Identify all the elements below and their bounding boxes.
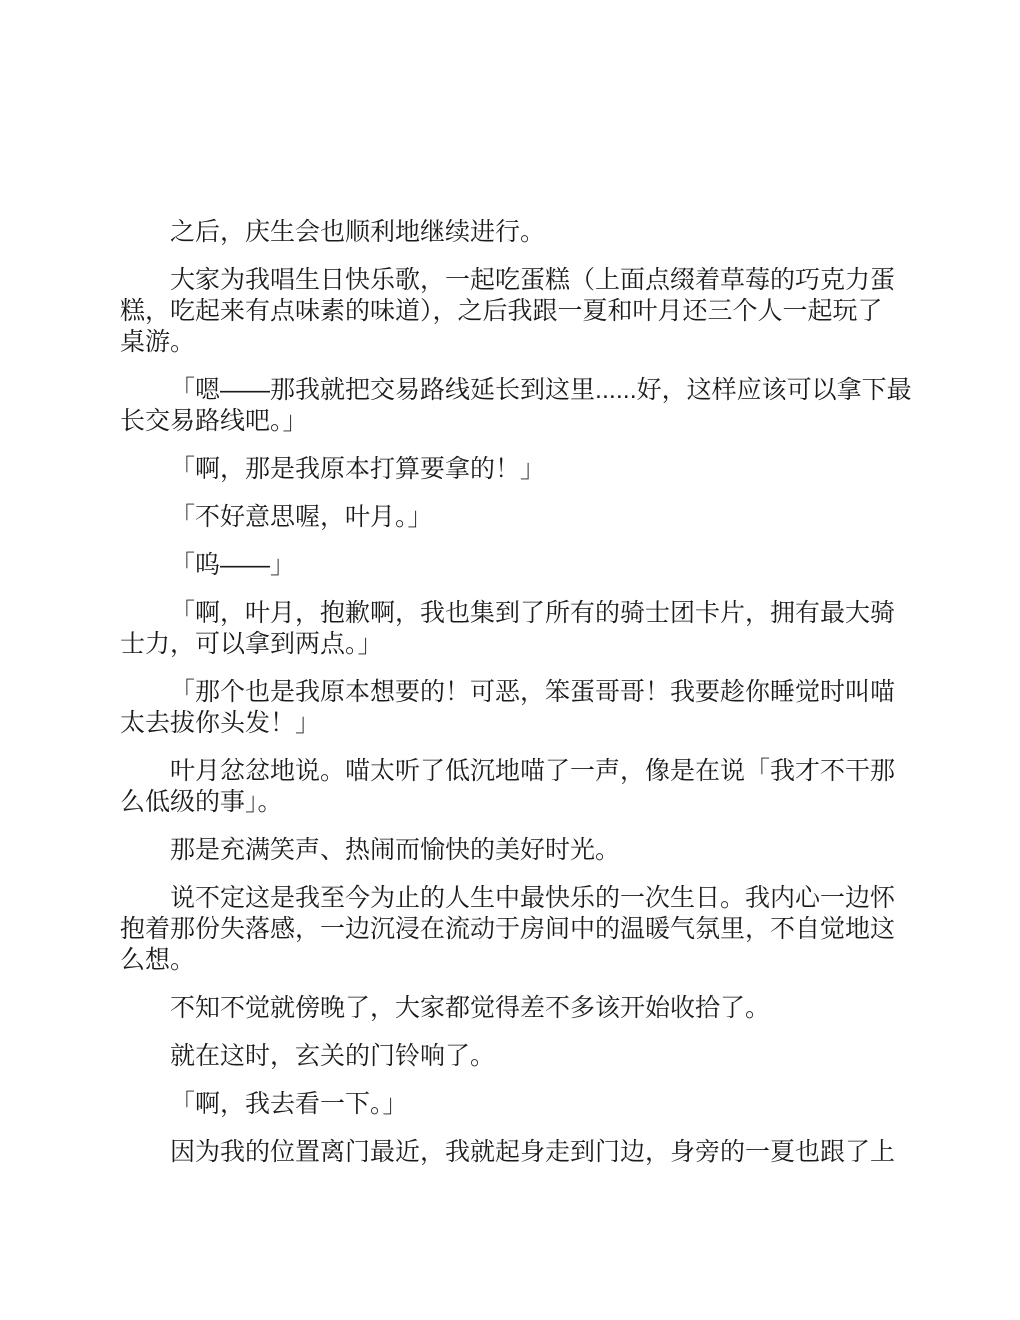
- paragraph: 就在这时，玄关的门铃响了。: [120, 1041, 900, 1072]
- text-line: 不知不觉就傍晚了，大家都觉得差不多该开始收拾了。: [120, 993, 900, 1024]
- paragraph: 「不好意思喔，叶月。」: [120, 502, 900, 533]
- text-block: 之后，庆生会也顺利地继续进行。大家为我唱生日快乐歌，一起吃蛋糕（上面点缀着草莓的…: [0, 0, 1020, 1168]
- paragraph: 「啊，我去看一下。」: [120, 1089, 900, 1120]
- text-line: 就在这时，玄关的门铃响了。: [120, 1041, 900, 1072]
- text-line: 说不定这是我至今为止的人生中最快乐的一次生日。我内心一边怀: [120, 883, 900, 914]
- text-line: 因为我的位置离门最近，我就起身走到门边，身旁的一夏也跟了上: [120, 1137, 900, 1168]
- text-line: 「啊，那是我原本打算要拿的！」: [120, 454, 900, 485]
- paragraph: 「嗯——那我就把交易路线延长到这里......好，这样应该可以拿下最长交易路线吧…: [120, 375, 900, 437]
- text-line: 「嗯——那我就把交易路线延长到这里......好，这样应该可以拿下最: [120, 375, 900, 406]
- paragraph: 不知不觉就傍晚了，大家都觉得差不多该开始收拾了。: [120, 993, 900, 1024]
- paragraph: 之后，庆生会也顺利地继续进行。: [120, 217, 900, 248]
- text-line: 么想。: [120, 945, 900, 976]
- paragraph: 大家为我唱生日快乐歌，一起吃蛋糕（上面点缀着草莓的巧克力蛋糕，吃起来有点味素的味…: [120, 265, 900, 358]
- paragraph: 因为我的位置离门最近，我就起身走到门边，身旁的一夏也跟了上: [120, 1137, 900, 1168]
- text-line: 么低级的事」。: [120, 787, 900, 818]
- paragraph: 「那个也是我原本想要的！可恶，笨蛋哥哥！我要趁你睡觉时叫喵太去拔你头发！」: [120, 677, 900, 739]
- text-line: 大家为我唱生日快乐歌，一起吃蛋糕（上面点缀着草莓的巧克力蛋: [120, 265, 900, 296]
- text-line: 「那个也是我原本想要的！可恶，笨蛋哥哥！我要趁你睡觉时叫喵: [120, 677, 900, 708]
- text-line: 士力，可以拿到两点。」: [120, 629, 900, 660]
- text-line: 长交易路线吧。」: [120, 406, 900, 437]
- text-line: 太去拔你头发！」: [120, 708, 900, 739]
- paragraph: 「啊，那是我原本打算要拿的！」: [120, 454, 900, 485]
- text-line: 之后，庆生会也顺利地继续进行。: [120, 217, 900, 248]
- text-line: 桌游。: [120, 327, 900, 358]
- text-line: 糕，吃起来有点味素的味道），之后我跟一夏和叶月还三个人一起玩了: [120, 296, 900, 327]
- paragraph: 叶月忿忿地说。喵太听了低沉地喵了一声，像是在说「我才不干那么低级的事」。: [120, 756, 900, 818]
- paragraph: 说不定这是我至今为止的人生中最快乐的一次生日。我内心一边怀抱着那份失落感，一边沉…: [120, 883, 900, 976]
- text-line: 「啊，我去看一下。」: [120, 1089, 900, 1120]
- text-line: 「不好意思喔，叶月。」: [120, 502, 900, 533]
- paragraph: 「啊，叶月，抱歉啊，我也集到了所有的骑士团卡片，拥有最大骑士力，可以拿到两点。」: [120, 598, 900, 660]
- text-line: 抱着那份失落感，一边沉浸在流动于房间中的温暖气氛里，不自觉地这: [120, 914, 900, 945]
- paragraph: 那是充满笑声、热闹而愉快的美好时光。: [120, 835, 900, 866]
- text-line: 那是充满笑声、热闹而愉快的美好时光。: [120, 835, 900, 866]
- text-line: 「呜——」: [120, 550, 900, 581]
- novel-page: 之后，庆生会也顺利地继续进行。大家为我唱生日快乐歌，一起吃蛋糕（上面点缀着草莓的…: [0, 0, 1020, 1320]
- text-line: 叶月忿忿地说。喵太听了低沉地喵了一声，像是在说「我才不干那: [120, 756, 900, 787]
- text-line: 「啊，叶月，抱歉啊，我也集到了所有的骑士团卡片，拥有最大骑: [120, 598, 900, 629]
- paragraph: 「呜——」: [120, 550, 900, 581]
